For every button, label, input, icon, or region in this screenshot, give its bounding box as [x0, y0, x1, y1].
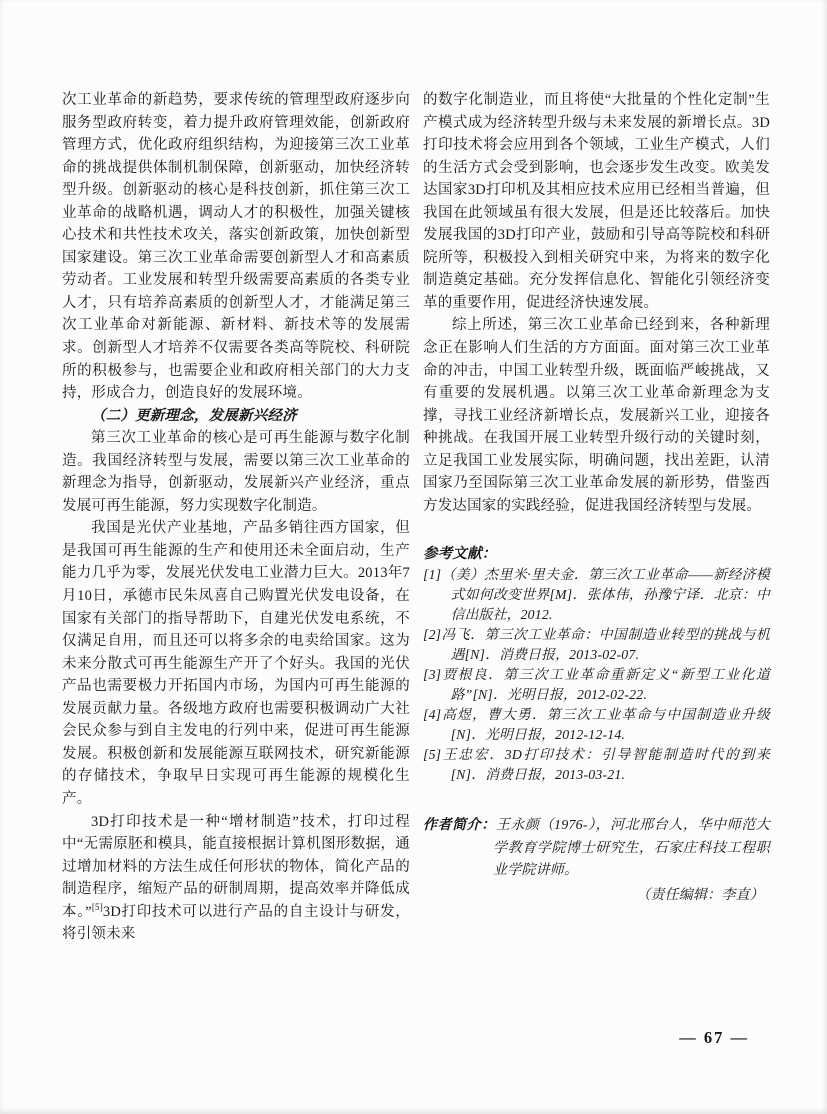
- left-text-column: 次工业革命的新趋势，要求传统的管理型政府逐步向服务型政府转变，着力提升政府管理效…: [62, 89, 410, 946]
- reference-item: [4]高煜，曹大勇．第三次工业革命与中国制造业升级[N]．光明日报，2012-1…: [423, 705, 770, 745]
- author-bio-label: 作者简介：: [423, 818, 496, 833]
- reference-item: [5]王忠宏．3D打印技术：引导智能制造时代的到来[N]．消费日报，2013-0…: [423, 745, 770, 785]
- body-paragraph: 3D打印技术是一种“增材制造”技术，打印过程中“无需原胚和模具，能直接根据计算机…: [62, 811, 410, 946]
- reference-item: [1]（美）杰里米·里夫金．第三次工业革命——新经济模式如何改变世界[M]．张体…: [423, 565, 770, 625]
- body-paragraph: 次工业革命的新趋势，要求传统的管理型政府逐步向服务型政府转变，着力提升政府管理效…: [62, 89, 410, 405]
- right-column-body: 的数字化制造业，而且将使“大批量的个性化定制”生产模式成为经济转型升级与未来发展…: [423, 89, 770, 517]
- author-bio: 作者简介：王永颜（1976-），河北邢台人，华中师范大学教育学院博士研究生，石家…: [423, 815, 770, 883]
- page-number: — 67 —: [679, 1028, 749, 1048]
- editor-note: （责任编辑：李直）: [423, 885, 770, 908]
- references-section: 参考文献： [1]（美）杰里米·里夫金．第三次工业革命——新经济模式如何改变世界…: [423, 543, 770, 785]
- citation-superscript: [5]: [92, 902, 103, 912]
- body-paragraph: 第三次工业革命的核心是可再生能源与数字化制造。我国经济转型与发展，需要以第三次工…: [62, 427, 410, 517]
- references-list: [1]（美）杰里米·里夫金．第三次工业革命——新经济模式如何改变世界[M]．张体…: [423, 565, 770, 785]
- section-heading: （二）更新理念，发展新兴经济: [62, 405, 410, 428]
- author-bio-text: 王永颜（1976-），河北邢台人，华中师范大学教育学院博士研究生，石家庄科技工程…: [493, 818, 770, 878]
- reference-item: [2]冯飞．第三次工业革命：中国制造业转型的挑战与机遇[N]．消费日报，2013…: [423, 625, 770, 665]
- body-paragraph: 我国是光伏产业基地，产品多销往西方国家，但是我国可再生能源的生产和使用还未全面启…: [62, 517, 410, 810]
- body-paragraph: 综上所述，第三次工业革命已经到来，各种新理念正在影响人们生活的方方面面。面对第三…: [423, 314, 770, 517]
- body-paragraph: 的数字化制造业，而且将使“大批量的个性化定制”生产模式成为经济转型升级与未来发展…: [423, 89, 770, 314]
- references-heading: 参考文献：: [423, 543, 770, 565]
- reference-item: [3]贾根良．第三次工业革命重新定义“新型工业化道路”[N]．光明日报，2012…: [423, 665, 770, 705]
- right-text-column: 的数字化制造业，而且将使“大批量的个性化定制”生产模式成为经济转型升级与未来发展…: [423, 89, 770, 907]
- document-page: 次工业革命的新趋势，要求传统的管理型政府逐步向服务型政府转变，着力提升政府管理效…: [0, 0, 827, 1114]
